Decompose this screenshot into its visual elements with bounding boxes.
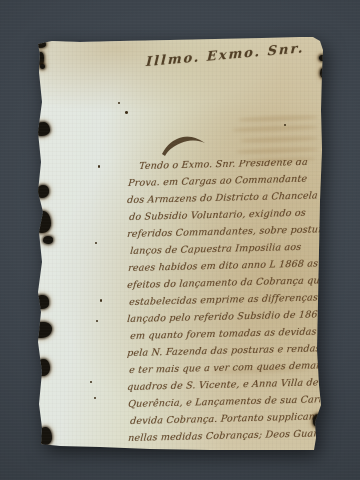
ink-speck — [90, 381, 92, 383]
ink-speck — [125, 111, 128, 114]
burn-mark — [36, 40, 46, 48]
burn-mark — [33, 211, 51, 233]
burn-mark — [34, 122, 50, 136]
handwritten-line: e ter mais que a ver com quaes demais — [129, 361, 320, 375]
handwriting-block: Tendo o Exmo. Snr. Presidente da Prova. … — [127, 160, 320, 452]
ink-bleedthrough — [238, 115, 318, 123]
handwritten-line: do Subsidio Voluntario, exigindo os — [129, 209, 306, 223]
handwritten-line: quadros de S. Vicente, e Anna Villa de — [127, 378, 319, 392]
handwritten-line: dos Armazens do Districto a Chancela — [127, 191, 318, 205]
pen-flourish-icon — [160, 135, 208, 159]
burn-mark — [36, 295, 49, 309]
burn-mark — [37, 359, 50, 376]
burn-mark — [30, 322, 52, 338]
burn-mark — [43, 236, 53, 244]
handwritten-line: lançado pelo referido Subsidio de 1865 — [127, 310, 320, 324]
ink-speck — [95, 242, 97, 244]
burn-mark — [319, 55, 325, 61]
handwritten-line: nellas medidas Cobranças; Deos Guarde — [128, 429, 320, 443]
ink-speck — [94, 397, 96, 399]
ink-bleedthrough — [240, 136, 318, 144]
ink-bleedthrough — [232, 125, 318, 133]
handwritten-line: Prova. em Cargas ao Commandante — [128, 175, 308, 189]
paper-shadow: Illmo. Exmo. Snr. Tendo o Exmo. Snr. Pre… — [0, 0, 360, 480]
handwritten-line: em quanto forem tomadas as devidas — [130, 327, 317, 341]
ink-speck — [100, 299, 102, 302]
ink-speck — [284, 124, 286, 126]
handwritten-line: pela N. Fazenda das posturas e rendas — [127, 344, 320, 358]
ink-speck — [96, 320, 98, 322]
handwritten-line: referidos Commandantes, sobre posturas — [127, 225, 320, 240]
handwritten-line: reaes habidos em dito anno L 1868 as — [128, 259, 319, 273]
manuscript-paper: Illmo. Exmo. Snr. Tendo o Exmo. Snr. Pre… — [0, 0, 360, 480]
burn-mark — [37, 185, 49, 198]
burn-mark — [320, 68, 326, 78]
ink-speck — [98, 165, 100, 168]
handwritten-line: devida Cobrança. Portanto supplicamos — [130, 412, 320, 426]
ink-speck — [118, 102, 120, 104]
ink-bleedthrough — [236, 147, 318, 155]
handwritten-line: Tendo o Exmo. Snr. Presidente da — [139, 160, 309, 172]
handwritten-line: estabelecidas emprime as differenças — [129, 293, 319, 307]
handwritten-line: lanços de Capuestra Imposilia aos — [130, 243, 302, 257]
heading-script: Illmo. Exmo. Snr. — [146, 43, 296, 69]
burn-mark — [38, 427, 52, 445]
burn-mark — [313, 414, 324, 427]
handwritten-line: efeitos do lançamento da Cobrança que — [127, 276, 320, 290]
handwritten-line: Querência, e Lançamentos de sua Carta da — [128, 395, 320, 410]
burn-mark — [40, 64, 45, 69]
photo-backdrop: Illmo. Exmo. Snr. Tendo o Exmo. Snr. Pre… — [0, 0, 360, 480]
